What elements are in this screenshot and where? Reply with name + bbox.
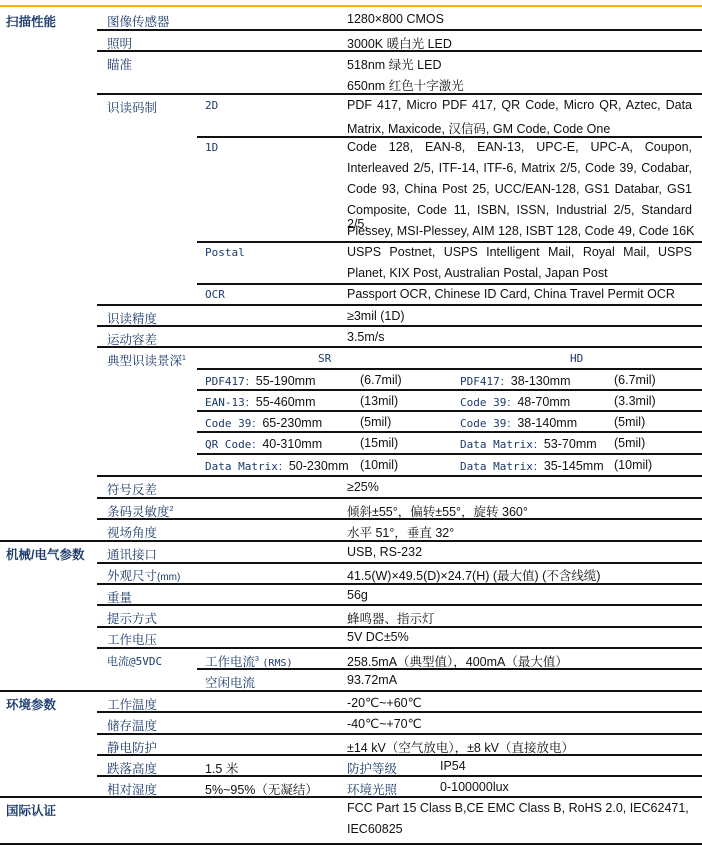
- label-storage-temp: 储存温度: [107, 716, 157, 734]
- value-print-contrast: ≥25%: [347, 480, 379, 494]
- divider: [97, 346, 702, 348]
- top-accent-bar: [0, 5, 702, 7]
- section-divider: [0, 796, 702, 798]
- dimensions-label-text: 外观尺寸: [107, 569, 157, 583]
- dof-sr-header: SR: [318, 352, 331, 365]
- sensitivity-label-text: 条码灵敏度: [107, 505, 170, 519]
- dof-label-text: 典型识读景深: [107, 354, 182, 368]
- value-ip-rating: IP54: [440, 759, 466, 773]
- dof-hd-row-1: PDF417：38-130mm: [460, 373, 571, 389]
- label-1d: 1D: [205, 141, 218, 154]
- divider: [97, 754, 702, 756]
- value-cert-line1: FCC Part 15 Class B,CE EMC Class B, RoHS…: [347, 801, 689, 815]
- dof-hd-mil-3: (5mil): [614, 415, 645, 429]
- value-ocr: Passport OCR, Chinese ID Card, China Tra…: [347, 287, 675, 301]
- label-aimer: 瞄准: [107, 55, 132, 73]
- dof-hd-mil-1: (6.7mil): [614, 373, 656, 387]
- label-voltage: 工作电压: [107, 630, 157, 648]
- divider: [97, 325, 702, 327]
- label-idle-current: 空闲电流: [205, 673, 255, 691]
- divider: [97, 711, 702, 713]
- label-print-contrast: 符号反差: [107, 480, 157, 498]
- dimensions-unit: (mm): [157, 572, 180, 583]
- divider: [197, 453, 702, 455]
- divider: [97, 733, 702, 735]
- value-operating-temp: -20℃~+60℃: [347, 695, 422, 710]
- dof-sr-row-3: Code 39：65-230mm: [205, 415, 322, 431]
- section-divider: [0, 843, 702, 845]
- divider: [97, 93, 702, 95]
- value-ambient-light: 0-100000lux: [440, 780, 509, 794]
- divider: [97, 647, 702, 649]
- value-weight: 56g: [347, 588, 368, 602]
- dof-sr-row-2: EAN-13：55-460mm: [205, 394, 316, 410]
- dof-sr-mil-3: (5mil): [360, 415, 391, 429]
- label-symbologies: 识读码制: [107, 98, 157, 116]
- divider: [97, 475, 702, 477]
- divider: [97, 583, 702, 585]
- value-cert-line2: IEC60825: [347, 822, 403, 836]
- divider: [197, 241, 702, 243]
- value-storage-temp: -40℃~+70℃: [347, 716, 422, 731]
- value-image-sensor: 1280×800 CMOS: [347, 12, 444, 26]
- dof-hd-mil-2: (3.3mil): [614, 394, 656, 408]
- divider: [97, 604, 702, 606]
- label-image-sensor: 图像传感器: [107, 12, 170, 30]
- dof-sr-row-5: Data Matrix：50-230mm: [205, 458, 349, 474]
- section-divider: [0, 540, 702, 542]
- divider: [97, 775, 702, 777]
- divider: [197, 431, 702, 433]
- op-current-text: 工作电流: [205, 655, 255, 669]
- label-interface: 通讯接口: [107, 545, 157, 563]
- value-postal-line2: Planet, KIX Post, Australian Postal, Jap…: [347, 266, 608, 280]
- value-1d-line5: Plessey, MSI-Plessey, AIM 128, ISBT 128,…: [347, 224, 694, 238]
- value-aimer-2: 650nm 红色十字激光: [347, 76, 464, 94]
- value-2d-line1: PDF 417, Micro PDF 417, QR Code, Micro Q…: [347, 98, 692, 112]
- label-current: 电流@5VDC: [107, 653, 162, 669]
- value-interface: USB, RS-232: [347, 545, 422, 559]
- section-title-mech: 机械/电气参数: [6, 545, 84, 563]
- dof-hd-row-3: Code 39：38-140mm: [460, 415, 577, 431]
- divider: [197, 389, 702, 391]
- section-title-scan: 扫描性能: [6, 12, 56, 30]
- label-2d: 2D: [205, 99, 218, 112]
- value-idle-current: 93.72mA: [347, 673, 397, 687]
- divider: [97, 304, 702, 306]
- label-notification: 提示方式: [107, 609, 157, 627]
- footnote-2: 2: [170, 506, 174, 513]
- dof-sr-mil-5: (10mil): [360, 458, 398, 472]
- divider: [97, 518, 702, 520]
- divider: [197, 136, 702, 138]
- section-title-env: 环境参数: [6, 695, 56, 713]
- value-notification: 蜂鸣器、指示灯: [347, 609, 435, 627]
- value-voltage: 5V DC±5%: [347, 630, 409, 644]
- footnote-3: 3: [255, 656, 259, 663]
- divider: [197, 410, 702, 412]
- dof-sr-row-4: QR Code：40-310mm: [205, 436, 322, 452]
- divider: [97, 626, 702, 628]
- dof-hd-mil-4: (5mil): [614, 436, 645, 450]
- dof-sr-mil-2: (13mil): [360, 394, 398, 408]
- value-resolution: ≥3mil (1D): [347, 309, 405, 323]
- section-divider: [0, 690, 702, 692]
- value-1d-line1: Code 128, EAN-8, EAN-13, UPC-E, UPC-A, C…: [347, 140, 692, 154]
- value-field-of-view: 水平 51°，垂直 32°: [347, 523, 454, 541]
- divider: [197, 368, 702, 370]
- dof-hd-header: HD: [570, 352, 583, 365]
- value-2d-line2: Matrix, Maxicode, 汉信码, GM Code, Code One: [347, 119, 610, 137]
- value-1d-line2: Interleaved 2/5, ITF-14, ITF-6, Matrix 2…: [347, 161, 692, 175]
- divider: [97, 562, 702, 564]
- value-dimensions: 41.5(W)×49.5(D)×24.7(H) (最大值) (不含线缆): [347, 566, 601, 584]
- dof-hd-row-5: Data Matrix：35-145mm: [460, 458, 604, 474]
- value-1d-line3: Code 93, China Post 25, UCC/EAN-128, GS1…: [347, 182, 692, 196]
- label-field-of-view: 视场角度: [107, 523, 157, 541]
- dof-hd-mil-5: (10mil): [614, 458, 652, 472]
- divider: [97, 29, 702, 31]
- label-ocr: OCR: [205, 288, 225, 301]
- label-postal: Postal: [205, 246, 245, 259]
- section-title-cert: 国际认证: [6, 801, 56, 819]
- dof-sr-row-1: PDF417：55-190mm: [205, 373, 316, 389]
- dof-hd-row-2: Code 39：48-70mm: [460, 394, 570, 410]
- divider: [97, 50, 702, 52]
- dof-sr-mil-4: (15mil): [360, 436, 398, 450]
- divider: [97, 497, 702, 499]
- value-aimer-1: 518nm 绿光 LED: [347, 55, 441, 73]
- dof-hd-row-4: Data Matrix：53-70mm: [460, 436, 597, 452]
- footnote-1: 1: [182, 355, 186, 362]
- label-dimensions: 外观尺寸(mm): [107, 566, 180, 584]
- value-motion-tolerance: 3.5m/s: [347, 330, 385, 344]
- value-postal-line1: USPS Postnet, USPS Intelligent Mail, Roy…: [347, 245, 692, 259]
- label-depth-of-field: 典型识读景深1: [107, 351, 186, 369]
- divider: [197, 668, 702, 670]
- dof-sr-mil-1: (6.7mil): [360, 373, 402, 387]
- divider: [197, 283, 702, 285]
